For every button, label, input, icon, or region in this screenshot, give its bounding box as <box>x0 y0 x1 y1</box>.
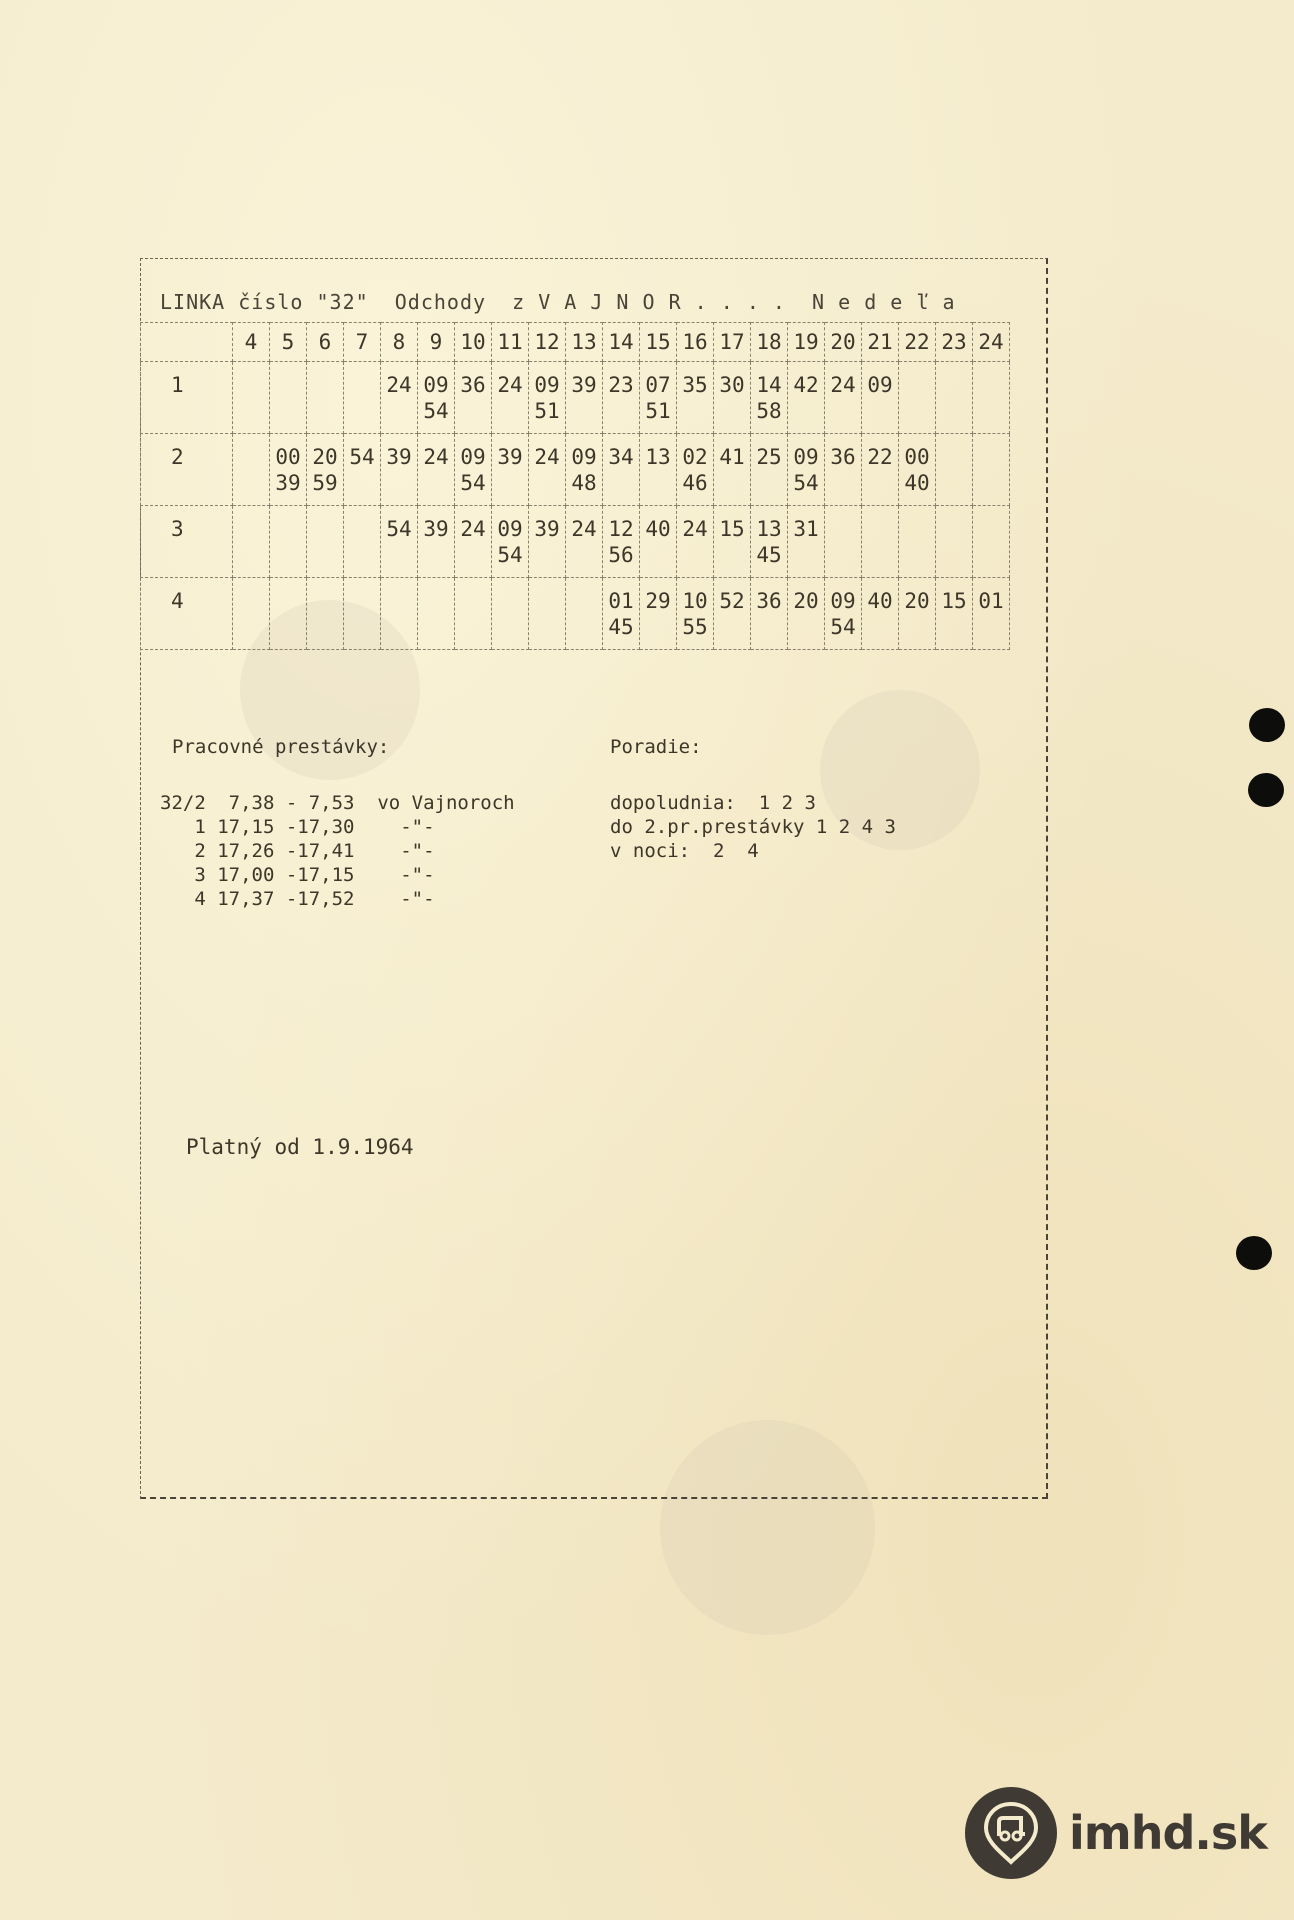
validity-note: Platný od 1.9.1964 <box>186 1135 414 1159</box>
departure-minute: 39 <box>418 516 454 542</box>
departure-cell: 41 <box>714 434 751 506</box>
departure-minute: 42 <box>788 372 824 398</box>
departure-cell: 39 <box>566 362 603 434</box>
departure-minute: 31 <box>788 516 824 542</box>
hour-header-cell: 17 <box>714 323 751 362</box>
departure-minute: 56 <box>603 542 639 568</box>
departure-minute: 22 <box>862 444 898 470</box>
departure-minute: 39 <box>566 372 602 398</box>
hour-header-cell: 7 <box>344 323 381 362</box>
page-title: LINKA číslo "32" Odchody z V A J N O R .… <box>160 290 956 314</box>
departure-cell <box>233 506 270 578</box>
punch-hole <box>1236 1236 1272 1270</box>
hour-header-cell: 16 <box>677 323 714 362</box>
order-line: do 2.pr.prestávky 1 2 4 3 <box>610 815 896 839</box>
departure-minute: 01 <box>603 588 639 614</box>
departure-cell <box>307 362 344 434</box>
departure-cell <box>492 578 529 650</box>
departure-minute: 54 <box>788 470 824 496</box>
departure-cell: 39 <box>381 434 418 506</box>
departure-cell: 0954 <box>788 434 825 506</box>
punch-hole <box>1249 708 1285 742</box>
departure-cell: 35 <box>677 362 714 434</box>
departure-cell: 2059 <box>307 434 344 506</box>
departure-cell: 0954 <box>455 434 492 506</box>
departure-minute: 39 <box>381 444 417 470</box>
hour-header-row: 456789101112131415161718192021222324 <box>141 323 1010 362</box>
departure-cell: 0954 <box>418 362 455 434</box>
departure-cell: 29 <box>640 578 677 650</box>
hour-header-cell: 8 <box>381 323 418 362</box>
departure-cell <box>455 578 492 650</box>
departure-minute: 15 <box>936 588 972 614</box>
departure-minute: 24 <box>529 444 565 470</box>
departure-cell <box>344 578 381 650</box>
departure-cell <box>233 434 270 506</box>
departure-minute: 36 <box>751 588 787 614</box>
brand-name: imhd.sk <box>1069 1806 1267 1860</box>
departure-minute: 29 <box>640 588 676 614</box>
departure-minute: 36 <box>455 372 491 398</box>
departure-cell <box>862 506 899 578</box>
work-breaks-section: Pracovné prestávky: 32/2 7,38 - 7,53 vo … <box>160 735 515 911</box>
departure-cell: 36 <box>825 434 862 506</box>
departure-cell: 0040 <box>899 434 936 506</box>
departure-minute: 10 <box>677 588 713 614</box>
departure-cell: 24 <box>529 434 566 506</box>
departure-minute: 09 <box>492 516 528 542</box>
departure-minute: 46 <box>677 470 713 496</box>
departure-minute: 15 <box>714 516 750 542</box>
departure-cell: 1458 <box>751 362 788 434</box>
hour-header-cell: 21 <box>862 323 899 362</box>
departure-cell: 23 <box>603 362 640 434</box>
departure-cell: 34 <box>603 434 640 506</box>
hour-header-cell: 10 <box>455 323 492 362</box>
departure-minute: 09 <box>825 588 861 614</box>
departure-minute: 24 <box>825 372 861 398</box>
corner-cell <box>141 323 233 362</box>
departure-minute: 13 <box>640 444 676 470</box>
departure-minute: 45 <box>751 542 787 568</box>
departure-minute: 40 <box>899 470 935 496</box>
departure-cell: 24 <box>418 434 455 506</box>
departure-cell <box>270 362 307 434</box>
departure-minute: 35 <box>677 372 713 398</box>
work-breaks-heading: Pracovné prestávky: <box>172 735 515 759</box>
departure-cell: 01 <box>973 578 1010 650</box>
departure-cell: 25 <box>751 434 788 506</box>
departure-cell <box>973 506 1010 578</box>
hour-header-cell: 6 <box>307 323 344 362</box>
departure-cell: 36 <box>455 362 492 434</box>
departure-minute: 48 <box>566 470 602 496</box>
departure-cell: 15 <box>714 506 751 578</box>
departure-minute: 24 <box>677 516 713 542</box>
departure-cell: 13 <box>640 434 677 506</box>
hour-header-cell: 15 <box>640 323 677 362</box>
departure-minute: 20 <box>899 588 935 614</box>
departure-minute: 45 <box>603 614 639 640</box>
departure-cell <box>973 434 1010 506</box>
departure-minute: 39 <box>270 470 306 496</box>
punch-hole <box>1248 773 1284 807</box>
departure-cell <box>270 506 307 578</box>
departure-minute: 09 <box>529 372 565 398</box>
departure-minute: 40 <box>640 516 676 542</box>
departure-cell <box>307 506 344 578</box>
departure-cell: 42 <box>788 362 825 434</box>
hour-header-cell: 22 <box>899 323 936 362</box>
departure-cell: 24 <box>677 506 714 578</box>
departure-cell <box>529 578 566 650</box>
departure-cell <box>418 578 455 650</box>
departure-cell: 24 <box>455 506 492 578</box>
departure-cell <box>566 578 603 650</box>
departure-cell <box>899 506 936 578</box>
vehicle-number-cell: 1 <box>141 362 233 434</box>
hour-header-cell: 23 <box>936 323 973 362</box>
work-break-line: 3 17,00 -17,15 -"- <box>160 863 515 887</box>
hour-header-cell: 12 <box>529 323 566 362</box>
table-row: 2003920595439240954392409483413024641250… <box>141 434 1010 506</box>
departure-minute: 59 <box>307 470 343 496</box>
departure-cell: 0948 <box>566 434 603 506</box>
departure-minute: 25 <box>751 444 787 470</box>
departure-minute: 24 <box>566 516 602 542</box>
departure-minute: 12 <box>603 516 639 542</box>
departure-cell: 24 <box>381 362 418 434</box>
departure-minute: 54 <box>825 614 861 640</box>
vehicle-number-cell: 3 <box>141 506 233 578</box>
departure-cell <box>936 434 973 506</box>
departure-cell: 1055 <box>677 578 714 650</box>
departure-minute: 13 <box>751 516 787 542</box>
departure-cell <box>344 362 381 434</box>
departure-minute: 39 <box>492 444 528 470</box>
departure-cell: 15 <box>936 578 973 650</box>
departure-cell: 40 <box>640 506 677 578</box>
hour-header-cell: 13 <box>566 323 603 362</box>
vehicle-number-cell: 4 <box>141 578 233 650</box>
departure-cell: 0145 <box>603 578 640 650</box>
departure-minute: 51 <box>529 398 565 424</box>
departure-cell <box>973 362 1010 434</box>
work-break-line: 1 17,15 -17,30 -"- <box>160 815 515 839</box>
departure-minute: 24 <box>418 444 454 470</box>
departure-cell: 0954 <box>825 578 862 650</box>
table-row: 40145291055523620095440201501 <box>141 578 1010 650</box>
departure-cell: 0039 <box>270 434 307 506</box>
departure-minute: 20 <box>788 588 824 614</box>
departure-cell <box>936 362 973 434</box>
departure-cell: 20 <box>788 578 825 650</box>
departure-cell: 0751 <box>640 362 677 434</box>
departure-minute: 54 <box>418 398 454 424</box>
departure-cell: 30 <box>714 362 751 434</box>
departure-cell: 36 <box>751 578 788 650</box>
departure-minute: 41 <box>714 444 750 470</box>
departure-cell <box>899 362 936 434</box>
departure-cell: 24 <box>492 362 529 434</box>
hour-header-cell: 14 <box>603 323 640 362</box>
departure-minute: 01 <box>973 588 1009 614</box>
departure-minute: 09 <box>788 444 824 470</box>
departure-cell: 20 <box>899 578 936 650</box>
departure-cell <box>825 506 862 578</box>
departure-minute: 20 <box>307 444 343 470</box>
departure-cell: 0951 <box>529 362 566 434</box>
departure-cell: 24 <box>566 506 603 578</box>
departure-minute: 51 <box>640 398 676 424</box>
departure-minute: 54 <box>455 470 491 496</box>
order-line: v noci: 2 4 <box>610 839 896 863</box>
departure-minute: 02 <box>677 444 713 470</box>
departure-minute: 54 <box>381 516 417 542</box>
departure-minute: 09 <box>455 444 491 470</box>
departure-minute: 00 <box>270 444 306 470</box>
timetable-grid: 4567891011121314151617181920212223241240… <box>140 322 1010 650</box>
departure-minute: 36 <box>825 444 861 470</box>
departure-minute: 58 <box>751 398 787 424</box>
departure-cell: 40 <box>862 578 899 650</box>
hour-header-cell: 24 <box>973 323 1010 362</box>
vehicle-number-cell: 2 <box>141 434 233 506</box>
departure-cell: 1345 <box>751 506 788 578</box>
departure-minute: 34 <box>603 444 639 470</box>
hour-header-cell: 11 <box>492 323 529 362</box>
departure-minute: 24 <box>492 372 528 398</box>
departure-cell: 52 <box>714 578 751 650</box>
departure-cell: 54 <box>381 506 418 578</box>
departure-cell <box>233 362 270 434</box>
departure-cell: 0954 <box>492 506 529 578</box>
departure-cell <box>307 578 344 650</box>
departure-minute: 24 <box>455 516 491 542</box>
departure-cell: 54 <box>344 434 381 506</box>
hour-header-cell: 19 <box>788 323 825 362</box>
departure-cell: 22 <box>862 434 899 506</box>
departure-minute: 39 <box>529 516 565 542</box>
departure-cell <box>270 578 307 650</box>
departure-minute: 14 <box>751 372 787 398</box>
hour-header-cell: 18 <box>751 323 788 362</box>
departure-minute: 40 <box>862 588 898 614</box>
departure-minute: 24 <box>381 372 417 398</box>
departure-minute: 30 <box>714 372 750 398</box>
departure-minute: 00 <box>899 444 935 470</box>
order-section: Poradie: dopoludnia: 1 2 3 do 2.pr.prest… <box>610 735 896 863</box>
departure-cell: 31 <box>788 506 825 578</box>
departure-cell: 39 <box>418 506 455 578</box>
order-heading: Poradie: <box>610 735 896 759</box>
departure-minute: 54 <box>492 542 528 568</box>
work-break-line: 4 17,37 -17,52 -"- <box>160 887 515 911</box>
departure-cell <box>936 506 973 578</box>
map-pin-bus-icon <box>965 1787 1057 1879</box>
departure-minute: 54 <box>344 444 380 470</box>
imhd-logo[interactable]: imhd.sk <box>965 1787 1267 1879</box>
departure-cell <box>381 578 418 650</box>
work-break-line: 32/2 7,38 - 7,53 vo Vajnoroch <box>160 791 515 815</box>
order-line: dopoludnia: 1 2 3 <box>610 791 896 815</box>
departure-cell: 0246 <box>677 434 714 506</box>
departure-cell <box>233 578 270 650</box>
departure-minute: 09 <box>418 372 454 398</box>
departure-minute: 55 <box>677 614 713 640</box>
hour-header-cell: 4 <box>233 323 270 362</box>
departure-minute: 09 <box>566 444 602 470</box>
table-row: 1240954362409513923075135301458422409 <box>141 362 1010 434</box>
departure-minute: 07 <box>640 372 676 398</box>
hour-header-cell: 5 <box>270 323 307 362</box>
departure-minute: 09 <box>862 372 898 398</box>
departure-minute: 23 <box>603 372 639 398</box>
table-row: 3543924095439241256402415134531 <box>141 506 1010 578</box>
departure-cell: 09 <box>862 362 899 434</box>
departure-cell: 39 <box>529 506 566 578</box>
departure-cell: 1256 <box>603 506 640 578</box>
work-break-line: 2 17,26 -17,41 -"- <box>160 839 515 863</box>
departure-cell <box>344 506 381 578</box>
departure-cell: 24 <box>825 362 862 434</box>
hour-header-cell: 9 <box>418 323 455 362</box>
departure-cell: 39 <box>492 434 529 506</box>
departure-minute: 52 <box>714 588 750 614</box>
hour-header-cell: 20 <box>825 323 862 362</box>
